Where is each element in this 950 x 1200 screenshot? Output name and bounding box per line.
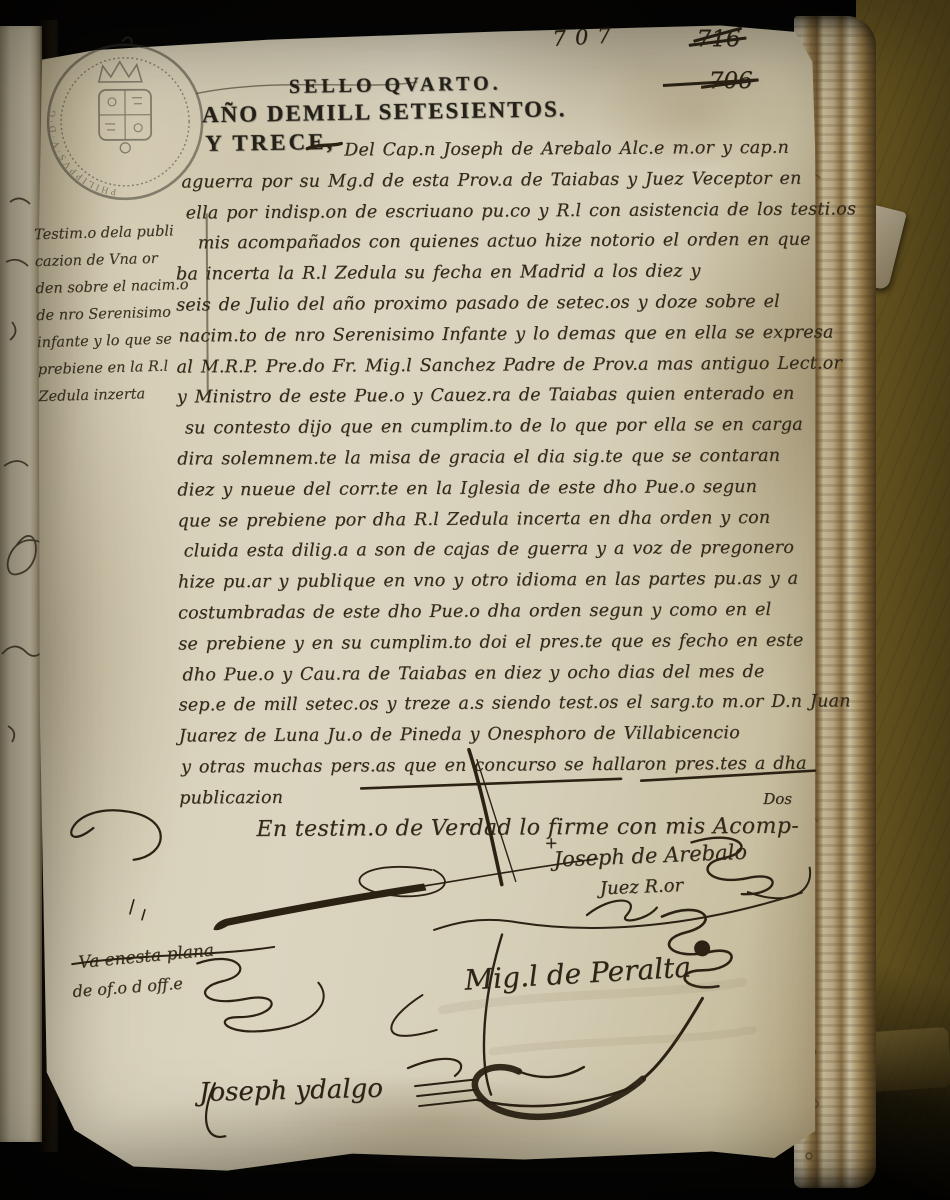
crossed-out-folio-716: 716	[697, 26, 741, 52]
manuscript-line: sep.e de mill setec.os y treze a.s siend…	[179, 687, 819, 722]
manuscript-line: ella por indisp.on de escriuano pu.co y …	[176, 194, 816, 229]
manuscript-line: dho Pue.o y Cau.ra de Taiabas en diez y …	[178, 656, 818, 691]
crossed-out-folio-706: 706	[709, 68, 753, 94]
manuscript-page: PHILIPPVS·V·D·G SELLO QVARTO. AÑO DEMILL…	[32, 16, 821, 1177]
manuscript-line: nacim.to de nro Serenisimo Infante y lo …	[176, 317, 816, 352]
manuscript-line: aguerra por su Mg.d de esta Prov.a de Ta…	[175, 163, 815, 198]
folio-number: 707	[552, 23, 620, 51]
manuscript-line: su contesto dijo que en cumplim.to de lo…	[177, 410, 817, 445]
manuscript-line: mis acompañados con quienes actuo hize n…	[176, 225, 816, 260]
stamp-header-line1: SELLO QVARTO.	[289, 72, 502, 99]
manuscript-line: dira solemnem.te la misa de gracia el di…	[177, 441, 817, 476]
manuscript-line: que se prebiene por dha R.l Zedula incer…	[177, 502, 817, 537]
manuscript-line: al M.R.P. Pre.do Fr. Mig.l Sanchez Padre…	[177, 348, 817, 383]
manuscript-line: Juarez de Luna Ju.o de Pineda y Onesphor…	[179, 718, 819, 753]
manuscript-line: costumbradas de este dho Pue.o dha orden…	[178, 595, 818, 630]
dos-note: Dos	[763, 790, 792, 808]
manuscript-photo: { "page": { "folio_number": "707", "cros…	[0, 0, 950, 1200]
manuscript-line: Del Cap.n Joseph de Arebalo Alc.e m.or y…	[175, 133, 815, 168]
manuscript-line: se prebiene y en su cumplim.to doi el pr…	[178, 625, 818, 660]
manuscript-line: ba incerta la R.l Zedula su fecha en Mad…	[176, 256, 816, 291]
manuscript-body: Del Cap.n Joseph de Arebalo Alc.e m.or y…	[175, 133, 819, 814]
attestation-line: En testim.o de Verdad lo firme con mis A…	[256, 814, 799, 842]
manuscript-line: seis de Julio del año proximo pasado de …	[176, 287, 816, 322]
manuscript-line: y otras muchas pers.as que en concurso s…	[179, 749, 819, 784]
manuscript-line: cluida esta dilig.a a son de cajas de gu…	[178, 533, 818, 568]
manuscript-line: diez y nueue del corr.te en la Iglesia d…	[177, 471, 817, 506]
manuscript-line: y Ministro de este Pue.o y Cauez.ra de T…	[177, 379, 817, 414]
manuscript-line: hize pu.ar y publique en vno y otro idio…	[178, 564, 818, 599]
manuscript-line: publicazion	[179, 779, 819, 814]
signature-hidalgo: Joseph ydalgo	[199, 1074, 384, 1108]
signature-arebalo-title: Juez R.or	[599, 875, 683, 899]
